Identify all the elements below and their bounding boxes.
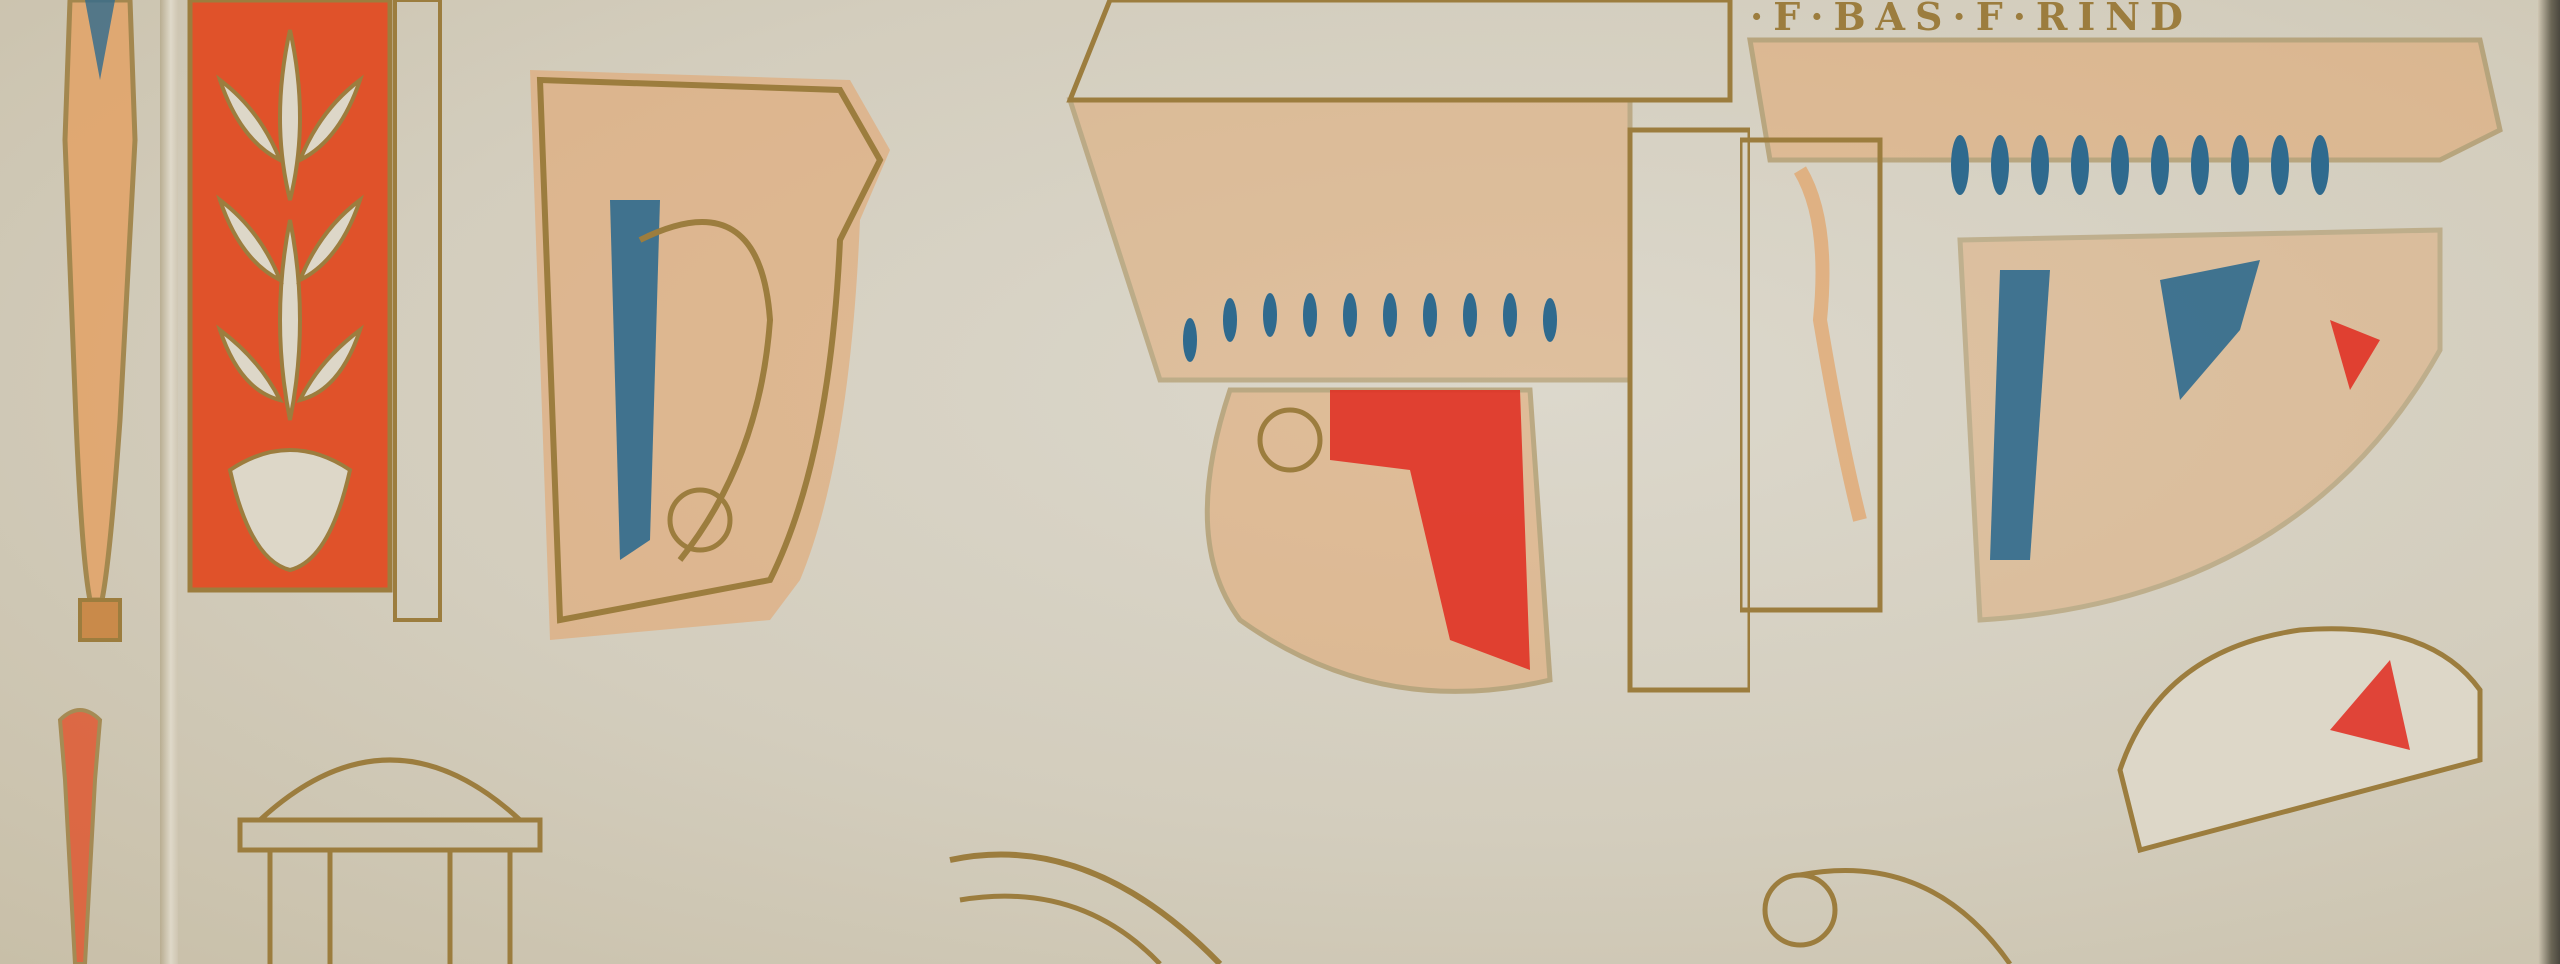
page-edge <box>2538 0 2560 964</box>
volute-fragment-drawing <box>1750 850 2080 964</box>
page-gutter <box>160 0 178 964</box>
corbel-drawing-figures <box>1740 20 2510 640</box>
candlestick-drawing <box>40 700 120 964</box>
corbel-drawing-blue <box>470 60 910 680</box>
small-corbel-drawing <box>2100 610 2500 870</box>
red-pilaster-panel <box>180 0 460 640</box>
inscription-text: ·F·BAS·F·RIND <box>1750 0 2193 39</box>
tempietto-drawing <box>210 700 570 964</box>
corbel-drawing-red <box>1030 0 1750 720</box>
vase-drawing <box>40 0 160 660</box>
scroll-fragment-drawing <box>940 840 1240 964</box>
